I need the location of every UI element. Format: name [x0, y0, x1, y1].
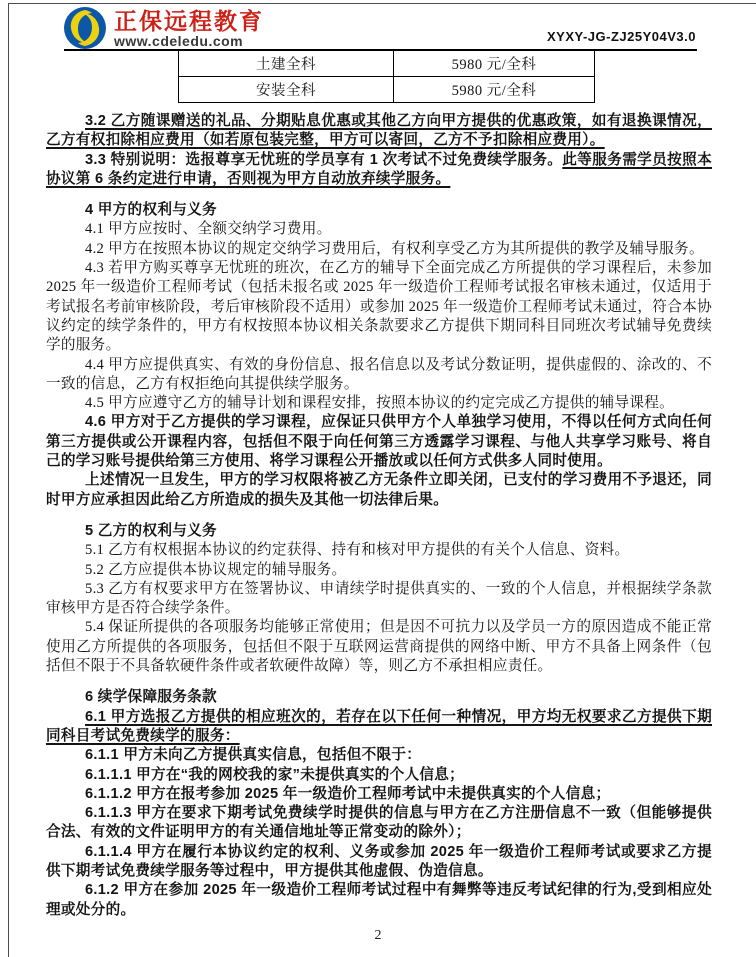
text-run: 6 续学保障服务条款	[85, 689, 217, 705]
text-run: 4 甲方的权利与义务	[85, 202, 217, 218]
clause-6-1-1-2: 6.1.1.2 甲方在报考参加 2025 年一级造价工程师考试中未提供真实的个人…	[46, 785, 712, 804]
text-run: 6.1 甲方选报乙方提供的相应班次的，若存在以下任何一种情况，甲方均无权要求乙方…	[46, 709, 712, 744]
text-run: 6.1.1.1 甲方在“我的网校我的家”未提供真实的个人信息；	[85, 767, 464, 783]
swirl-logo-icon	[64, 7, 106, 49]
clause-3-3: 3.3 特别说明：选报尊享无忧班的学员享有 1 次考试不过免费续学服务。此等服务…	[46, 151, 712, 190]
logo-text: 正保远程教育 www.cdeledu.com	[114, 7, 264, 49]
clause-6-1: 6.1 甲方选报乙方提供的相应班次的，若存在以下任何一种情况，甲方均无权要求乙方…	[46, 708, 712, 747]
clause-4-6: 4.6 甲方对于乙方提供的学习课程，应保证只供甲方个人单独学习使用，不得以任何方…	[46, 413, 712, 471]
clause-6-1-1: 6.1.1 甲方未向乙方提供真实信息，包括但不限于：	[46, 746, 712, 765]
clause-6-1-1-1: 6.1.1.1 甲方在“我的网校我的家”未提供真实的个人信息；	[46, 766, 712, 785]
clause-5-1: 5.1 乙方有权根据本协议的约定获得、持有和核对甲方提供的有关个人信息、资料。	[46, 541, 712, 560]
clause-3-2: 3.2 乙方随课赠送的礼品、分期贴息优惠或其他乙方向甲方提供的优惠政策，如有退换…	[46, 112, 712, 151]
clause-5-2: 5.2 乙方应提供本协议规定的辅导服务。	[46, 561, 712, 580]
text-run: 5.4 保证所提供的各项服务均能够正常使用；但是因不可抗力以及学员一方的原因造成…	[46, 619, 712, 674]
course-price-cell: 5980 元/全科	[394, 51, 595, 77]
text-run: 4.3 若甲方购买尊享无忧班的班次，在乙方的辅导下全面完成乙方所提供的学习课程后…	[46, 260, 712, 353]
text-run: 3.2 乙方随课赠送的礼品、分期贴息优惠或其他乙方向甲方提供的优惠政策，如有退换…	[46, 113, 712, 148]
text-run: 6.1.2 甲方在参加 2025 年一级造价工程师考试过程中有舞弊等违反考试纪律…	[46, 882, 712, 917]
course-name-cell: 土建全科	[179, 51, 394, 77]
clause-6-1-1-4: 6.1.1.4 甲方在履行本协议约定的权利、义务或参加 2025 年一级造价工程…	[46, 843, 712, 882]
text-run: 5.1 乙方有权根据本协议的约定获得、持有和核对甲方提供的有关个人信息、资料。	[85, 542, 629, 558]
clause-5-3: 5.3 乙方有权要求甲方在签署协议、申请续学时提供真实的、一致的个人信息，并根据…	[46, 580, 712, 619]
text-run: 6.1.1.3 甲方在要求下期考试免费续学时提供的信息与甲方在乙方注册信息不一致…	[46, 805, 712, 840]
clause-6-1-2: 6.1.2 甲方在参加 2025 年一级造价工程师考试过程中有舞弊等违反考试纪律…	[46, 881, 712, 920]
text-run: 4.4 甲方应提供真实、有效的身份信息、报名信息以及考试分数证明，提供虚假的、涂…	[46, 357, 712, 392]
text-run: 4.5 甲方应遵守乙方的辅导计划和课程安排，按照本协议的约定完成乙方提供的辅导课…	[85, 395, 674, 411]
clause-4-6-consequence: 上述情况一旦发生，甲方的学习权限将被乙方无条件立即关闭，已支付的学习费用不予退还…	[46, 471, 712, 510]
text-run: 4.6 甲方对于乙方提供的学习课程，应保证只供甲方个人单独学习使用，不得以任何方…	[46, 414, 712, 469]
clause-4-1: 4.1 甲方应按时、全额交纳学习费用。	[46, 220, 712, 239]
text-run: 5.3 乙方有权要求甲方在签署协议、申请续学时提供真实的、一致的个人信息，并根据…	[46, 581, 712, 616]
clause-4-5: 4.5 甲方应遵守乙方的辅导计划和课程安排，按照本协议的约定完成乙方提供的辅导课…	[46, 394, 712, 413]
text-run: 6.1.1.4 甲方在履行本协议约定的权利、义务或参加 2025 年一级造价工程…	[46, 844, 712, 879]
document-body: 3.2 乙方随课赠送的礼品、分期贴息优惠或其他乙方向甲方提供的优惠政策，如有退换…	[46, 112, 712, 920]
price-table: 土建全科 5980 元/全科 安装全科 5980 元/全科	[178, 51, 595, 103]
text-run: 4.1 甲方应按时、全额交纳学习费用。	[85, 221, 332, 237]
text-run: 5.2 乙方应提供本协议规定的辅导服务。	[85, 562, 346, 578]
text-run: 上述情况一旦发生，甲方的学习权限将被乙方无条件立即关闭，已支付的学习费用不予退还…	[46, 472, 712, 507]
course-name-cell: 安装全科	[179, 77, 394, 103]
section-6-heading: 6 续学保障服务条款	[46, 688, 712, 707]
document-code: XYXY-JG-ZJ25Y04V3.0	[547, 29, 696, 44]
page-number: 2	[0, 928, 756, 944]
section-5-heading: 5 乙方的权利与义务	[46, 522, 712, 541]
text-run: 3.3 特别说明：选报尊享无忧班的学员享有 1 次考试不过免费续学服务。	[85, 152, 562, 168]
company-logo: 正保远程教育 www.cdeledu.com	[64, 7, 264, 49]
clause-4-2: 4.2 甲方在按照本协议的规定交纳学习费用后，有权利享受乙方为其所提供的教学及辅…	[46, 240, 712, 259]
brand-url: www.cdeledu.com	[114, 33, 264, 49]
table-row: 安装全科 5980 元/全科	[179, 77, 595, 103]
page-top-edge	[8, 3, 756, 4]
page-left-edge	[8, 3, 9, 957]
text-run: 6.1.1.2 甲方在报考参加 2025 年一级造价工程师考试中未提供真实的个人…	[85, 786, 610, 802]
course-price-cell: 5980 元/全科	[394, 77, 595, 103]
clause-4-3: 4.3 若甲方购买尊享无忧班的班次，在乙方的辅导下全面完成乙方所提供的学习课程后…	[46, 259, 712, 355]
text-run: 6.1.1 甲方未向乙方提供真实信息，包括但不限于：	[85, 747, 421, 763]
section-4-heading: 4 甲方的权利与义务	[46, 201, 712, 220]
clause-4-4: 4.4 甲方应提供真实、有效的身份信息、报名信息以及考试分数证明，提供虚假的、涂…	[46, 356, 712, 395]
text-run: 4.2 甲方在按照本协议的规定交纳学习费用后，有权利享受乙方为其所提供的教学及辅…	[85, 241, 704, 257]
clause-6-1-1-3: 6.1.1.3 甲方在要求下期考试免费续学时提供的信息与甲方在乙方注册信息不一致…	[46, 804, 712, 843]
clause-5-4: 5.4 保证所提供的各项服务均能够正常使用；但是因不可抗力以及学员一方的原因造成…	[46, 618, 712, 676]
brand-name: 正保远程教育	[114, 9, 264, 33]
document-page: { "header": { "logo": { "brand": "正保远程教育…	[0, 0, 756, 957]
table-row: 土建全科 5980 元/全科	[179, 51, 595, 77]
text-run: 5 乙方的权利与义务	[85, 523, 217, 539]
